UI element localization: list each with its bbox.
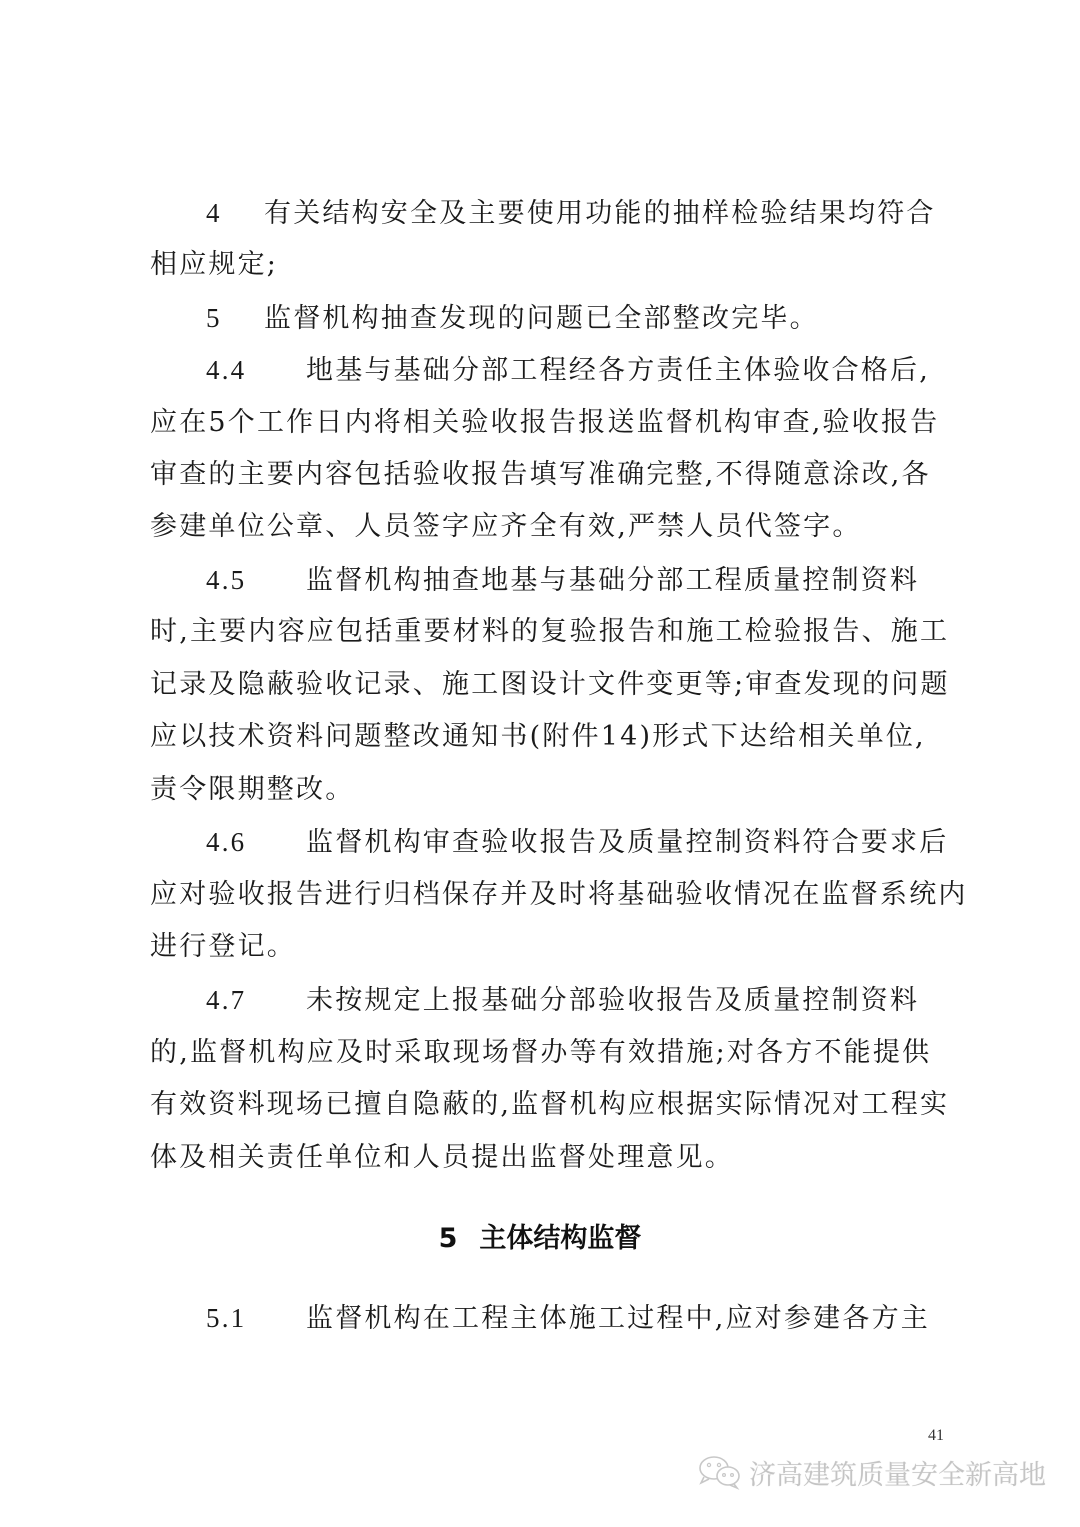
clause-text: 应对验收报告进行归档保存并及时将基础验收情况在监督系统内 xyxy=(150,879,968,910)
clause-text: 应在5个工作日内将相关验收报告报送监督机构审查,验收报告 xyxy=(150,407,939,438)
document-page: 4有关结构安全及主要使用功能的抽样检验结果均符合 相应规定; 5监督机构抽查发现… xyxy=(0,0,1080,1527)
watermark-text: 济高建筑质量安全新高地 xyxy=(749,1453,1046,1492)
section-title: 主体结构监督 xyxy=(479,1223,641,1254)
text-line: 应以技术资料问题整改通知书(附件14)形式下达给相关单位, xyxy=(150,717,950,757)
clause-text: 监督机构抽查地基与基础分部工程质量控制资料 xyxy=(306,565,919,596)
clause-4-6: 4.6监督机构审查验收报告及质量控制资料符合要求后 xyxy=(150,822,950,862)
text-line: 参建单位公章、人员签字应齐全有效,严禁人员代签字。 xyxy=(150,507,950,547)
clause-5-1: 5.1监督机构在工程主体施工过程中,应对参建各方主 xyxy=(150,1298,950,1338)
clause-text: 责令限期整改。 xyxy=(150,774,354,805)
clause-4-7: 4.7未按规定上报基础分部验收报告及质量控制资料 xyxy=(150,980,950,1020)
clause-number: 4.5 xyxy=(150,560,306,600)
text-line: 审查的主要内容包括验收报告填写准确完整,不得随意涂改,各 xyxy=(150,455,950,495)
clause-text: 进行登记。 xyxy=(150,931,296,962)
text-line: 进行登记。 xyxy=(150,927,950,967)
clause-4-5: 4.5监督机构抽查地基与基础分部工程质量控制资料 xyxy=(150,560,950,600)
item-text: 有关结构安全及主要使用功能的抽样检验结果均符合 xyxy=(264,198,936,229)
item-number: 5 xyxy=(150,298,264,338)
text-line: 的,监督机构应及时采取现场督办等有效措施;对各方不能提供 xyxy=(150,1033,950,1073)
clause-4-4: 4.4地基与基础分部工程经各方责任主体验收合格后, xyxy=(150,350,950,390)
clause-text: 有效资料现场已擅自隐蔽的,监督机构应根据实际情况对工程实 xyxy=(150,1089,949,1120)
text-line: 时,主要内容应包括重要材料的复验报告和施工检验报告、施工 xyxy=(150,612,950,652)
section-number: 5 xyxy=(439,1223,458,1254)
item-number: 4 xyxy=(150,193,264,233)
clause-text: 参建单位公章、人员签字应齐全有效,严禁人员代签字。 xyxy=(150,511,862,542)
text-line: 责令限期整改。 xyxy=(150,770,950,810)
page-number: 41 xyxy=(928,1427,944,1445)
clause-number: 4.6 xyxy=(150,822,306,862)
text-line: 体及相关责任单位和人员提出监督处理意见。 xyxy=(150,1138,950,1178)
clause-number: 5.1 xyxy=(150,1298,306,1338)
text-line: 有效资料现场已擅自隐蔽的,监督机构应根据实际情况对工程实 xyxy=(150,1085,950,1125)
text-line: 应在5个工作日内将相关验收报告报送监督机构审查,验收报告 xyxy=(150,403,950,443)
clause-text: 监督机构在工程主体施工过程中,应对参建各方主 xyxy=(306,1303,930,1334)
clause-text: 监督机构审查验收报告及质量控制资料符合要求后 xyxy=(306,827,948,858)
section-heading: 5主体结构监督 xyxy=(0,1219,1080,1259)
clause-text: 应以技术资料问题整改通知书(附件14)形式下达给相关单位, xyxy=(150,721,926,752)
text-line: 记录及隐蔽验收记录、施工图设计文件变更等;审查发现的问题 xyxy=(150,665,950,705)
wechat-icon xyxy=(697,1454,743,1490)
clause-text: 地基与基础分部工程经各方责任主体验收合格后, xyxy=(306,355,930,386)
clause-text: 时,主要内容应包括重要材料的复验报告和施工检验报告、施工 xyxy=(150,616,949,647)
watermark: 济高建筑质量安全新高地 xyxy=(697,1452,1046,1492)
item-text: 监督机构抽查发现的问题已全部整改完毕。 xyxy=(264,303,819,334)
clause-number: 4.7 xyxy=(150,980,306,1020)
clause-text: 未按规定上报基础分部验收报告及质量控制资料 xyxy=(306,985,919,1016)
clause-text: 的,监督机构应及时采取现场督办等有效措施;对各方不能提供 xyxy=(150,1037,931,1068)
clause-number: 4.4 xyxy=(150,350,306,390)
clause-text: 审查的主要内容包括验收报告填写准确完整,不得随意涂改,各 xyxy=(150,459,931,490)
list-item-5: 5监督机构抽查发现的问题已全部整改完毕。 xyxy=(150,298,950,338)
list-item-4: 4有关结构安全及主要使用功能的抽样检验结果均符合 xyxy=(150,193,950,233)
clause-text: 记录及隐蔽验收记录、施工图设计文件变更等;审查发现的问题 xyxy=(150,669,950,700)
text-line: 相应规定; xyxy=(150,245,950,285)
text-line: 应对验收报告进行归档保存并及时将基础验收情况在监督系统内 xyxy=(150,875,950,915)
clause-text: 体及相关责任单位和人员提出监督处理意见。 xyxy=(150,1142,734,1173)
item-text: 相应规定; xyxy=(150,249,278,280)
